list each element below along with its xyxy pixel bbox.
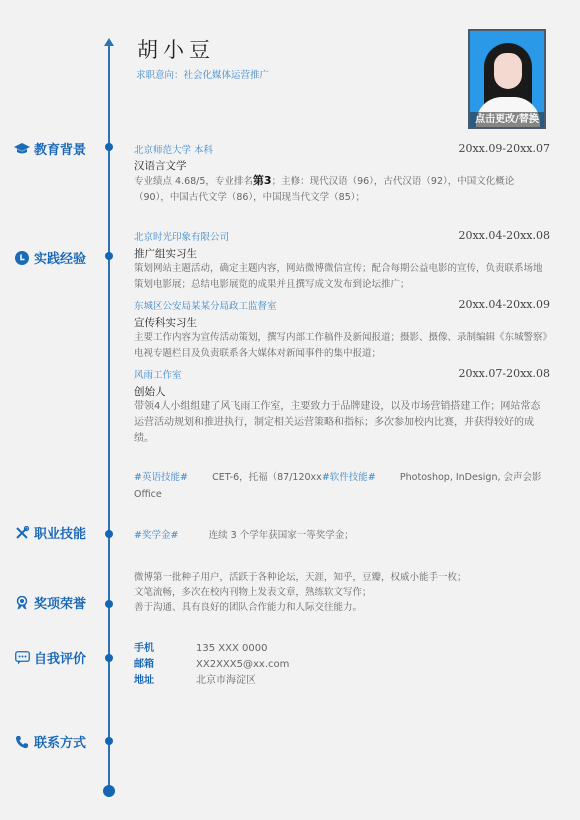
section-title-contact: 联系方式 — [14, 732, 86, 751]
experience-entry: 东城区公安局某某分局政工监督室 20xx.04-20xx.09 宣传科实习生 主… — [134, 298, 550, 362]
timeline-dot — [105, 654, 113, 662]
contact-label: 地址 — [134, 673, 196, 689]
contact-value: 135 XXX 0000 — [196, 641, 267, 657]
section-title-self-eval: 自我评价 — [14, 648, 86, 667]
self-eval-line: 微博第一批种子用户，活跃于各种论坛，天涯，知乎，豆瓣，权威小能手一枚； — [134, 570, 467, 585]
change-photo-button[interactable]: 点击更改/替换 — [470, 112, 544, 127]
experience-desc: 带领4人小组组建了风飞雨工作室，主要致力于品牌建设，以及市场营销搭建工作；网站常… — [134, 399, 550, 447]
job-role: 创始人 — [134, 384, 550, 399]
photo-face — [494, 53, 522, 89]
profile-photo[interactable]: 点击更改/替换 — [468, 29, 546, 129]
contact-row-address: 地址 北京市海淀区 — [134, 673, 289, 689]
contact-label: 手机 — [134, 641, 196, 657]
job-role: 推广组实习生 — [134, 246, 550, 261]
experience-date: 20xx.04-20xx.09 — [458, 298, 550, 311]
skill-tag: #软件技能# — [322, 472, 376, 483]
timeline-end-dot — [103, 785, 115, 797]
contact-value: XX2XXX5@xx.com — [196, 657, 289, 673]
job-intent: 求职意向：社会化媒体运营推广 — [136, 67, 269, 81]
major: 汉语言文学 — [134, 158, 550, 173]
experience-entry: 北京时光印象有限公司 20xx.04-20xx.08 推广组实习生 策划网站主题… — [134, 229, 550, 293]
section-title-awards: 奖项荣誉 — [14, 593, 86, 612]
experience-date: 20xx.07-20xx.08 — [458, 367, 550, 380]
contact-row-email: 邮箱 XX2XXX5@xx.com — [134, 657, 289, 673]
contact-row-phone: 手机 135 XXX 0000 — [134, 641, 289, 657]
timeline-dot — [105, 600, 113, 608]
section-label: 实践经验 — [34, 248, 86, 267]
education-date: 20xx.09-20xx.07 — [458, 142, 550, 155]
section-title-skills: 职业技能 — [14, 523, 86, 542]
arrow-up-icon — [104, 38, 114, 46]
candidate-name: 胡小豆 — [137, 34, 215, 64]
timeline-dot — [105, 143, 113, 151]
section-label: 职业技能 — [34, 523, 86, 542]
chat-bubble-icon — [14, 650, 30, 666]
desc-text: 专业绩点 4.68/5，专业排名 — [134, 176, 253, 187]
skill-tag: #英语技能# — [134, 472, 188, 483]
tools-icon — [14, 525, 30, 541]
skill-value: CET-6，托福（87/120xx — [212, 472, 322, 483]
section-label: 教育背景 — [34, 139, 86, 158]
job-role: 宣传科实习生 — [134, 315, 550, 330]
timeline-dot — [105, 737, 113, 745]
self-eval-block: 微博第一批种子用户，活跃于各种论坛，天涯，知乎，豆瓣，权威小能手一枚； 文笔流畅… — [134, 570, 467, 615]
section-label: 奖项荣誉 — [34, 593, 86, 612]
education-entry: 北京师范大学 本科 20xx.09-20xx.07 汉语言文学 专业绩点 4.6… — [134, 142, 550, 206]
timeline-dot — [105, 530, 113, 538]
rank-highlight: 第3 — [253, 174, 272, 187]
timeline-dot — [105, 252, 113, 260]
phone-icon — [14, 734, 30, 750]
award-medal-icon — [14, 595, 30, 611]
timeline-line — [108, 44, 110, 792]
section-title-experience: 实践经验 — [14, 248, 86, 267]
section-label: 自我评价 — [34, 648, 86, 667]
section-title-education: 教育背景 — [14, 139, 86, 158]
experience-desc: 主要工作内容为宣传活动策划，撰写内部工作稿件及新闻报道；摄影、摄像、录制编辑《东… — [134, 330, 550, 362]
experience-date: 20xx.04-20xx.08 — [458, 229, 550, 242]
skills-block: #英语技能# CET-6，托福（87/120xx#软件技能# Photoshop… — [134, 469, 554, 503]
self-eval-line: 文笔流畅，多次在校内刊物上发表文章，熟练软文写作； — [134, 585, 467, 600]
clock-icon — [14, 250, 30, 266]
experience-desc: 策划网站主题活动，确定主题内容，网站微博微信宣传；配合每期公益电影的宣传，负责联… — [134, 261, 550, 293]
award-block: #奖学金# 连续 3 个学年获国家一等奖学金； — [134, 527, 354, 541]
contact-block: 手机 135 XXX 0000 邮箱 XX2XXX5@xx.com 地址 北京市… — [134, 641, 289, 689]
award-tag: #奖学金# — [134, 530, 178, 541]
award-value: 连续 3 个学年获国家一等奖学金； — [209, 530, 354, 541]
contact-label: 邮箱 — [134, 657, 196, 673]
graduation-cap-icon — [14, 141, 30, 157]
section-label: 联系方式 — [34, 732, 86, 751]
education-desc: 专业绩点 4.68/5，专业排名第3；主修：现代汉语（96），古代汉语（92），… — [134, 173, 550, 206]
self-eval-line: 善于沟通、具有良好的团队合作能力和人际交往能力。 — [134, 600, 467, 615]
experience-entry: 风雨工作室 20xx.07-20xx.08 创始人 带领4人小组组建了风飞雨工作… — [134, 367, 550, 447]
contact-value: 北京市海淀区 — [196, 673, 256, 689]
